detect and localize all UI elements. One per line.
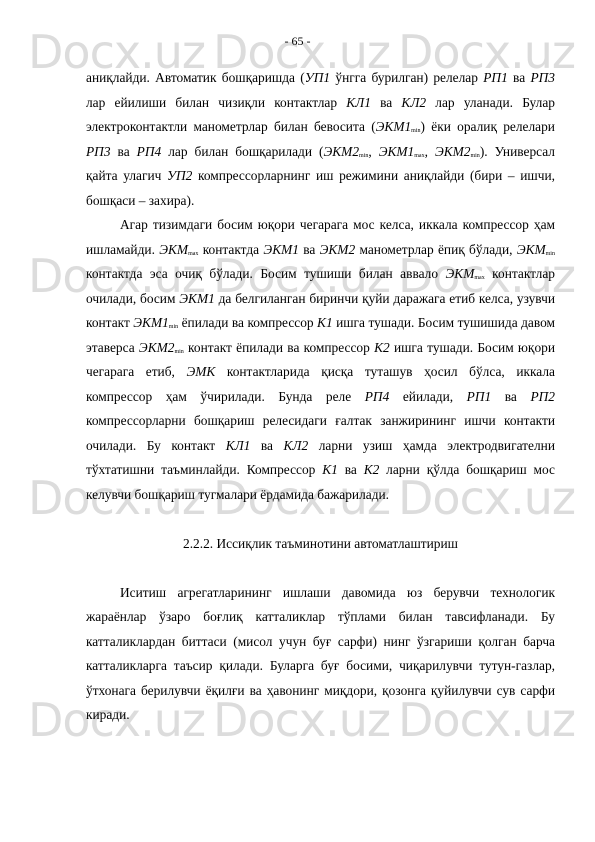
subscript: min bbox=[470, 153, 479, 159]
italic-term: КЛ2 bbox=[284, 438, 309, 453]
italic-term: ЭКМ bbox=[446, 266, 475, 281]
subscript: min bbox=[169, 324, 178, 330]
italic-term: ЭКМ2 bbox=[324, 144, 360, 159]
subscript: min bbox=[411, 128, 420, 134]
italic-term: УП2 bbox=[167, 168, 192, 183]
paragraph: Агар тизимдаги босим юқори чегарага мос … bbox=[86, 213, 555, 507]
body-text: аниқлайди. Автоматик бошқаришда (УП1 ўнг… bbox=[86, 66, 555, 728]
italic-term: РП4 bbox=[365, 389, 390, 404]
subscript: min bbox=[359, 153, 368, 159]
italic-term: ЭКМ2 bbox=[139, 340, 175, 355]
subscript: min bbox=[174, 349, 183, 355]
italic-term: РП4 bbox=[137, 144, 162, 159]
italic-term: УП1 bbox=[305, 70, 330, 85]
italic-term: ЭКМ bbox=[517, 242, 546, 257]
italic-term: К2 bbox=[374, 340, 390, 355]
italic-term: КЛ1 bbox=[346, 95, 371, 110]
subscript: min bbox=[546, 251, 555, 257]
italic-term: ЭКМ1 bbox=[379, 144, 415, 159]
italic-term: РП2 bbox=[530, 389, 555, 404]
italic-term: ЭКМ2 bbox=[435, 144, 471, 159]
italic-term: РП1 bbox=[483, 70, 508, 85]
italic-term: ЭКМ1 bbox=[133, 315, 169, 330]
italic-term: К2 bbox=[364, 462, 380, 477]
document-page: Docx.uz Docx.uz Docx.uz Docx.uz Docx.uz … bbox=[0, 0, 595, 842]
italic-term: К1 bbox=[322, 462, 338, 477]
paragraph: Иситиш агрегатларининг ишлаши давомида ю… bbox=[86, 581, 555, 728]
subscript: max bbox=[414, 153, 424, 159]
section-heading: 2.2.2. Иссиқлик таъминотини автоматлашти… bbox=[86, 532, 555, 557]
italic-term: ЭКМ2 bbox=[320, 242, 356, 257]
paragraph: аниқлайди. Автоматик бошқаришда (УП1 ўнг… bbox=[86, 66, 555, 213]
italic-term: КЛ1 bbox=[226, 438, 251, 453]
subscript: max bbox=[188, 251, 198, 257]
italic-term: РП3 bbox=[86, 144, 111, 159]
italic-term: РП3 bbox=[530, 70, 555, 85]
italic-term: ЭКМ1 bbox=[179, 291, 215, 306]
page-number: - 65 - bbox=[0, 34, 595, 49]
italic-term: КЛ2 bbox=[401, 95, 426, 110]
italic-term: РП1 bbox=[467, 389, 492, 404]
italic-term: ЭКМ1 bbox=[376, 119, 412, 134]
subscript: max bbox=[474, 275, 484, 281]
italic-term: ЭКМ1 bbox=[263, 242, 299, 257]
italic-term: ЭКМ bbox=[159, 242, 188, 257]
italic-term: К1 bbox=[317, 315, 333, 330]
italic-term: ЭМК bbox=[186, 364, 215, 379]
